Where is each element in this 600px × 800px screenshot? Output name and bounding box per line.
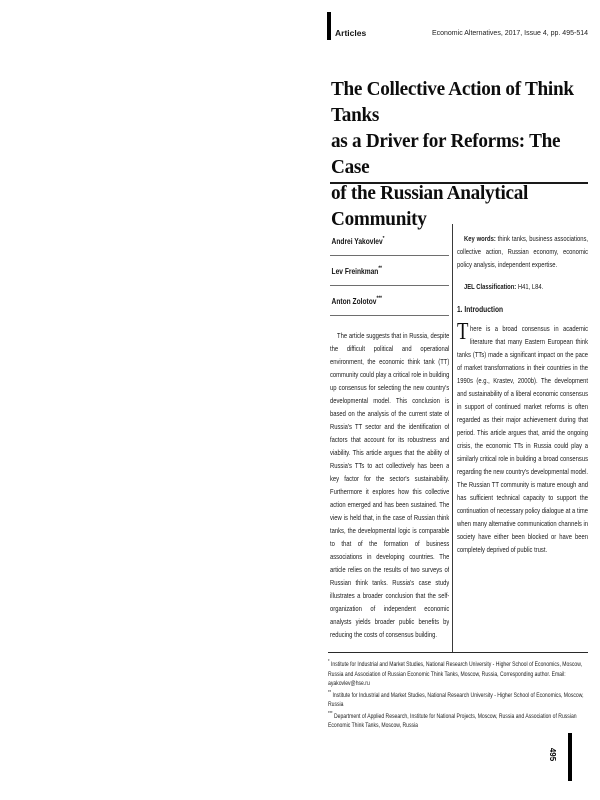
keywords-paragraph: Key words: think tanks, business associa… <box>457 232 588 271</box>
author-name: Lev Freinkman** <box>332 266 382 276</box>
footnote-item: * Institute for Industrial and Market St… <box>328 658 590 689</box>
author-row: Andrei Yakovlev* <box>330 226 449 256</box>
author-name: Anton Zolotov*** <box>332 296 382 306</box>
jel-label: JEL Classification: <box>464 282 516 291</box>
footnote-text: Institute for Industrial and Market Stud… <box>328 661 582 687</box>
author-row: Lev Freinkman** <box>330 256 449 286</box>
left-column: Andrei Yakovlev* Lev Freinkman** Anton Z… <box>330 226 449 652</box>
author-row: Anton Zolotov*** <box>330 286 449 316</box>
footnote-text: Department of Applied Research, Institut… <box>328 713 577 730</box>
author-marker: * <box>383 236 385 242</box>
author-marker: ** <box>378 266 382 272</box>
header-bar-mark <box>327 12 331 40</box>
footnote-text: Institute for Industrial and Market Stud… <box>328 692 584 709</box>
page-bar-mark <box>568 733 572 781</box>
dropcap-letter: T <box>457 322 470 342</box>
footnote-rule <box>328 652 588 653</box>
keywords-label: Key words: <box>464 234 496 243</box>
author-marker: *** <box>376 296 381 302</box>
column-divider <box>452 224 453 652</box>
jel-text: H41, L84. <box>516 282 543 291</box>
section-label: Articles <box>335 28 366 38</box>
paper-page: Articles Economic Alternatives, 2017, Is… <box>0 0 600 800</box>
right-column: Key words: think tanks, business associa… <box>457 226 588 652</box>
introduction-paragraph: There is a broad consensus in academic l… <box>457 322 588 556</box>
page-number: 495 <box>548 748 557 761</box>
jel-line: JEL Classification: H41, L84. <box>457 280 588 293</box>
introduction-heading: 1. Introduction <box>457 304 588 314</box>
introduction-text: here is a broad consensus in academic li… <box>457 324 588 554</box>
title-line-2: as a Driver for Reforms: The Case <box>331 128 590 180</box>
footnotes: * Institute for Industrial and Market St… <box>328 658 590 731</box>
footnote-item: ** Institute for Industrial and Market S… <box>328 689 590 710</box>
footnote-item: *** Department of Applied Research, Inst… <box>328 710 590 731</box>
journal-reference: Economic Alternatives, 2017, Issue 4, pp… <box>432 30 588 37</box>
author-name: Andrei Yakovlev* <box>332 236 385 246</box>
abstract-paragraph: The article suggests that in Russia, des… <box>330 329 449 641</box>
article-title: The Collective Action of Think Tanks as … <box>331 76 590 232</box>
title-line-1: The Collective Action of Think Tanks <box>331 76 590 128</box>
title-rule <box>330 182 588 184</box>
title-line-3: of the Russian Analytical Community <box>331 180 590 232</box>
authors-list: Andrei Yakovlev* Lev Freinkman** Anton Z… <box>330 226 449 316</box>
